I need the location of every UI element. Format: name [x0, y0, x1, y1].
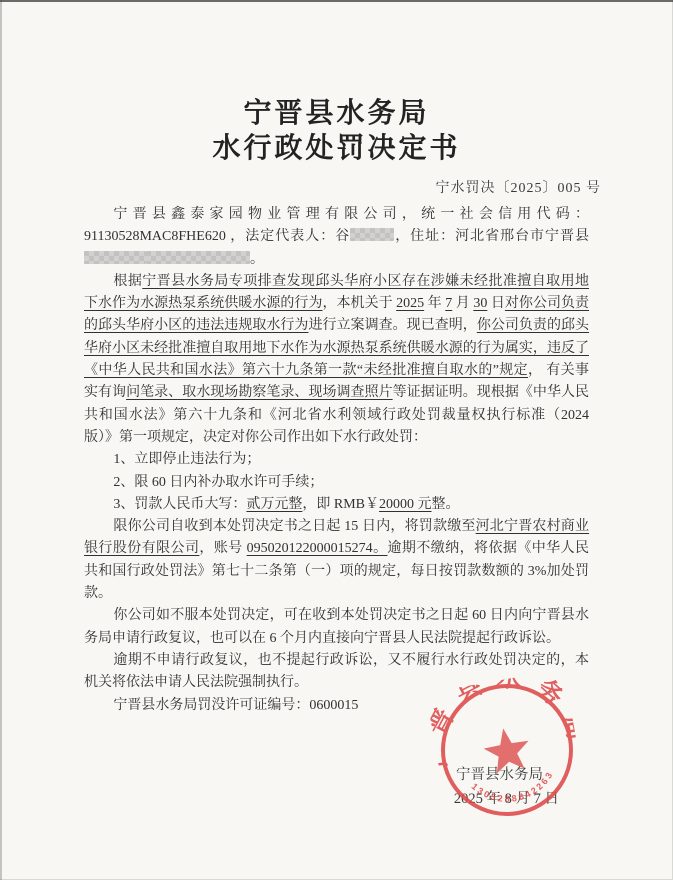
facts-text: 进行立案调查。现已查明， — [308, 318, 476, 333]
penalty-item-1: 1、立即停止违法行为； — [84, 449, 589, 471]
penalty-item-2: 2、限 60 日内补办取水许可手续； — [84, 472, 589, 494]
document-title-line1: 宁晋县水务局 — [84, 96, 589, 131]
recipient-paragraph: 宁晋县鑫泰家园物业管理有限公司，统一社会信用代码：91130528MAC8FHE… — [84, 204, 589, 271]
redaction-block-legal-rep — [350, 228, 394, 241]
payment-text: ，账号 — [199, 541, 246, 556]
license-number-line: 宁晋县水务局罚没许可证编号：0600015 — [84, 695, 589, 717]
penalty-item-3: 3、罚款人民币大写：贰万元整，即 RMB￥20000 元整。 — [84, 494, 589, 516]
signature-block: 宁晋县水务局 2025 年 8 月 7 日 — [84, 763, 589, 811]
appeal-paragraph: 你公司如不服本处罚决定，可在收到本处罚决定书之日起 60 日内向宁晋县水务局申请… — [84, 605, 589, 650]
scanned-document-page: 宁晋县水务局 水行政处罚决定书 宁水罚决〔2025〕005 号 宁晋县鑫泰家园物… — [0, 0, 673, 880]
document-body: 宁晋县水务局 水行政处罚决定书 宁水罚决〔2025〕005 号 宁晋县鑫泰家园物… — [0, 0, 673, 811]
redaction-block-address-2 — [146, 251, 250, 264]
document-title-line2: 水行政处罚决定书 — [84, 131, 589, 166]
recipient-address-label: ，住址：河北省邢台市宁晋县 — [394, 229, 589, 244]
penalty-3-text: 3、罚款人民币大写： — [113, 497, 246, 512]
redaction-block-address-1 — [84, 251, 146, 264]
facts-text: 年 — [424, 296, 445, 311]
facts-text: ，本机关于 — [322, 296, 396, 311]
facts-paragraph: 根据宁晋县水务局专项排查发现邱头华府小区存在涉嫌未经批准擅自取用地下水作为水源热… — [84, 271, 589, 449]
penalty-amount-numeric: 20000 元 — [379, 497, 432, 512]
payment-paragraph: 限你公司自收到本处罚决定书之日起 15 日内，将罚款缴至河北宁晋农村商业银行股份… — [84, 516, 589, 605]
facts-text: 日 — [487, 296, 505, 311]
penalty-3-text: 整。 — [432, 497, 460, 512]
recipient-period: 。 — [250, 252, 264, 267]
payment-account-number: 095020122000015274。 — [247, 541, 388, 556]
facts-text: 月 — [452, 296, 473, 311]
facts-year: 2025 — [396, 296, 424, 311]
enforcement-paragraph: 逾期不申请行政复议，也不提起行政诉讼，又不履行水行政处罚决定的，本机关将依法申请… — [84, 650, 589, 695]
penalty-amount-chinese: 贰万元整 — [246, 497, 302, 512]
signature-date: 2025 年 8 月 7 日 — [84, 787, 559, 811]
document-number: 宁水罚决〔2025〕005 号 — [84, 177, 601, 197]
signature-agency: 宁晋县水务局 — [84, 763, 559, 787]
payment-text: 限你公司自收到本处罚决定书之日起 15 日内，将罚款缴至 — [113, 519, 475, 534]
facts-underlined-evidence: 问笔录、取水现场勘察笔录、现场调查照片 — [126, 385, 393, 400]
facts-day: 30 — [473, 296, 487, 311]
penalty-3-text: ，即 RMB￥ — [302, 497, 379, 512]
facts-text: 根据 — [113, 274, 142, 289]
